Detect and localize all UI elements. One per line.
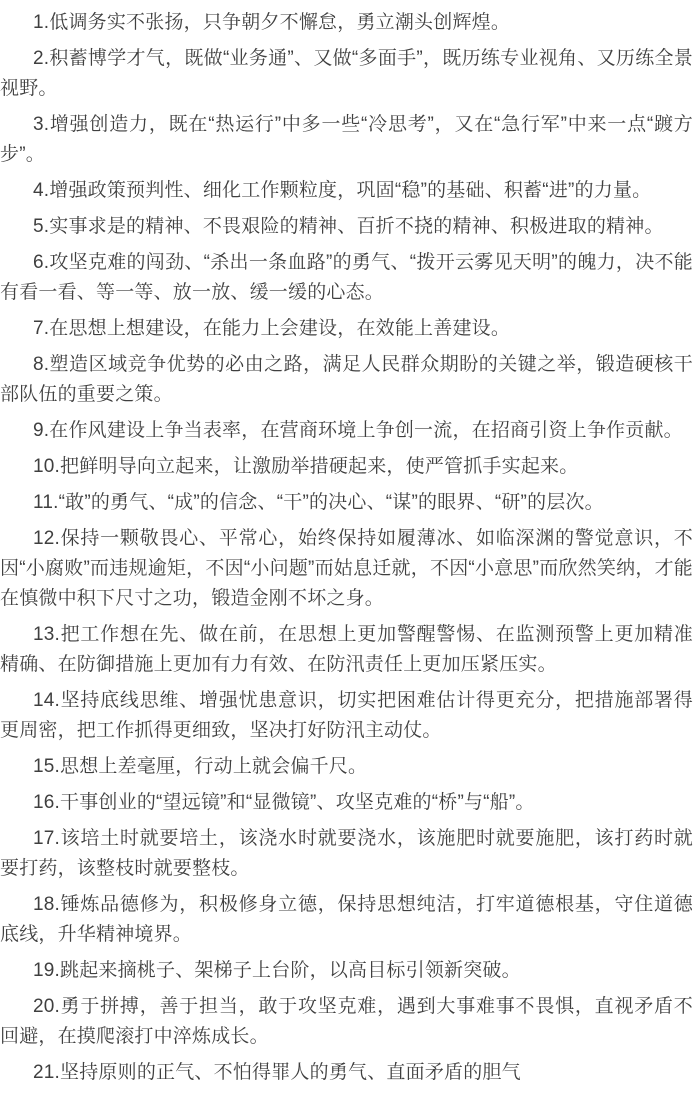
list-item-3: 3.增强创造力，既在“热运行”中多一些“冷思考”，又在“急行军”中来一点“踱方步…: [0, 110, 693, 170]
list-item-11: 11.“敢”的勇气、“成”的信念、“干”的决心、“谋”的眼界、“研”的层次。: [0, 488, 693, 518]
list-item-20: 20.勇于拼搏，善于担当，敢于攻坚克难，遇到大事难事不畏惧，直视矛盾不回避，在摸…: [0, 992, 693, 1052]
list-item-2: 2.积蓄博学才气，既做“业务通”、又做“多面手”，既历练专业视角、又历练全景视野…: [0, 44, 693, 104]
list-item-6: 6.攻坚克难的闯劲、“杀出一条血路”的勇气、“拨开云雾见天明”的魄力，决不能有看…: [0, 248, 693, 308]
list-item-14: 14.坚持底线思维、增强忧患意识，切实把困难估计得更充分，把措施部署得更周密，把…: [0, 686, 693, 746]
list-item-12: 12.保持一颗敬畏心、平常心，始终保持如履薄冰、如临深渊的警觉意识，不因“小腐败…: [0, 524, 693, 614]
list-item-21: 21.坚持原则的正气、不怕得罪人的勇气、直面矛盾的胆气: [0, 1058, 693, 1088]
list-item-9: 9.在作风建设上争当表率，在营商环境上争创一流，在招商引资上争作贡献。: [0, 416, 693, 446]
list-item-19: 19.跳起来摘桃子、架梯子上台阶，以高目标引领新突破。: [0, 956, 693, 986]
list-item-13: 13.把工作想在先、做在前，在思想上更加警醒警惕、在监测预警上更加精准精确、在防…: [0, 620, 693, 680]
list-item-10: 10.把鲜明导向立起来，让激励举措硬起来，使严管抓手实起来。: [0, 452, 693, 482]
list-item-4: 4.增强政策预判性、细化工作颗粒度，巩固“稳”的基础、积蓄“进”的力量。: [0, 176, 693, 206]
document-page: 1.低调务实不张扬，只争朝夕不懈怠，勇立潮头创辉煌。 2.积蓄博学才气，既做“业…: [0, 0, 693, 1088]
list-item-18: 18.锤炼品德修为，积极修身立德，保持思想纯洁，打牢道德根基，守住道德底线，升华…: [0, 890, 693, 950]
list-item-15: 15.思想上差毫厘，行动上就会偏千尺。: [0, 752, 693, 782]
list-item-7: 7.在思想上想建设，在能力上会建设，在效能上善建设。: [0, 314, 693, 344]
list-item-1: 1.低调务实不张扬，只争朝夕不懈怠，勇立潮头创辉煌。: [0, 8, 693, 38]
list-item-17: 17.该培土时就要培土，该浇水时就要浇水，该施肥时就要施肥，该打药时就要打药，该…: [0, 824, 693, 884]
list-item-16: 16.干事创业的“望远镜”和“显微镜”、攻坚克难的“桥”与“船”。: [0, 788, 693, 818]
list-item-5: 5.实事求是的精神、不畏艰险的精神、百折不挠的精神、积极进取的精神。: [0, 212, 693, 242]
list-item-8: 8.塑造区域竞争优势的必由之路，满足人民群众期盼的关键之举，锻造硬核干部队伍的重…: [0, 350, 693, 410]
